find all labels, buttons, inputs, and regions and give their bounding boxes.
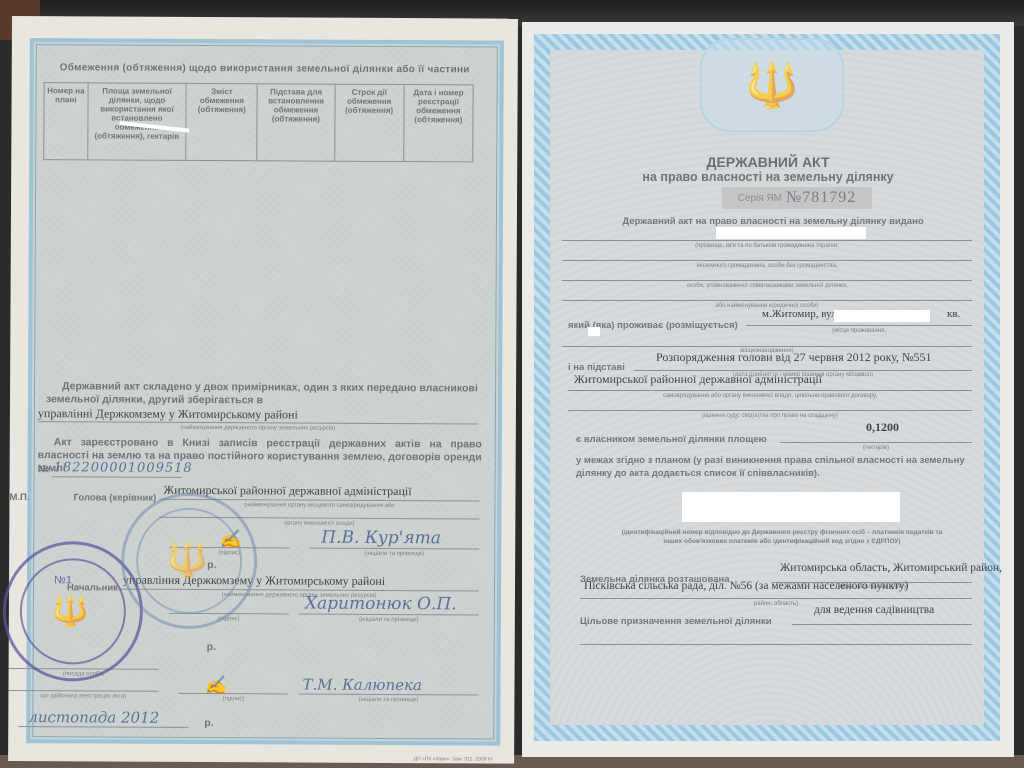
caption: (гектарів): [780, 445, 972, 451]
location-value-1: Житомирська область, Житомирський район,: [780, 562, 1002, 574]
trident-icon: 🔱: [52, 594, 90, 629]
redaction: [716, 227, 866, 239]
address-suffix: кв.: [947, 308, 960, 320]
underline: [568, 390, 972, 391]
right-page: 🔱 ДЕРЖАВНИЙ АКТ на право власності на зе…: [522, 22, 1014, 757]
chief-name: Харитонюк О.П.: [305, 594, 457, 615]
owner-label: є власником земельної ділянки площею: [576, 434, 767, 445]
document-title: ДЕРЖАВНИЙ АКТ: [522, 154, 1014, 170]
basis-value-2: Житомирської районної державної адмініст…: [574, 372, 822, 387]
caption: (підпис): [178, 696, 288, 703]
underline: [792, 624, 972, 625]
underline: [562, 260, 972, 261]
caption: рішення суду, свідоцтва про право на спа…: [568, 413, 972, 419]
head-name: П.В. Кур'ята: [321, 528, 441, 549]
registration-no-label: №: [38, 463, 50, 475]
address-value: м.Житомир, вул.: [762, 308, 839, 320]
column-header: Зміст обмеження (обтяження): [186, 83, 257, 160]
underline: [746, 325, 972, 326]
column-header: Строк дії обмеження (обтяження): [334, 84, 404, 161]
series-label: Серія ЯМ: [738, 193, 782, 204]
redaction: [588, 327, 600, 336]
id-caption: (ідентифікаційний номер відповідно до Де…: [612, 528, 952, 546]
caption: (ініціали та прізвище): [309, 551, 479, 558]
redaction: [834, 310, 930, 322]
stamp-number: №1: [54, 574, 72, 586]
column-header: Дата і номер реєстрації обмеження (обтяж…: [403, 85, 473, 162]
caption: (прізвище, ім'я та по батькові громадяни…: [562, 243, 972, 249]
series-value: №781792: [786, 189, 856, 207]
redacted-tax-id: [682, 492, 900, 522]
document-subtitle: на право власності на земельну ділянку: [522, 170, 1014, 184]
right-page-frame: [534, 34, 1000, 741]
copies-authority: управлінні Держкомзему у Житомирському р…: [38, 406, 298, 422]
underline: [780, 442, 972, 443]
registration-no: 182200001009518: [54, 460, 193, 476]
restrictions-table: Номер на плані Площа земельної ділянки, …: [43, 82, 473, 162]
registration-date: листопада 2012: [28, 708, 159, 727]
purpose-value: для ведення садівництва: [814, 604, 934, 616]
state-emblem: 🔱: [700, 38, 844, 132]
location-value-2: Пісківська сільська рада, діл. №56 (за м…: [584, 580, 908, 592]
mp-label: М.П.: [9, 492, 29, 503]
underline: [634, 370, 972, 371]
left-page: Обмеження (обтяження) щодо використання …: [8, 16, 518, 764]
boundaries-text: у межах згідно з планом (у разі виникнен…: [576, 454, 976, 480]
caption: (ініціали та прізвище): [298, 697, 478, 704]
column-header: Підстава для встановлення обмеження (обт…: [257, 84, 335, 161]
caption: (місце проживання,: [746, 328, 972, 334]
column-header: Площа земельної ділянки, щодо використан…: [87, 83, 186, 161]
underline: [580, 644, 972, 645]
date-suffix: р.: [204, 717, 213, 729]
caption: іноземного громадянина, особи без громад…: [562, 263, 972, 269]
caption: самоврядування або органу виконавчої вла…: [568, 393, 972, 399]
purpose-label: Цільове призначення земельної ділянки: [580, 616, 772, 627]
caption: що здійснила реєстрацію акта): [8, 693, 158, 700]
area-value: 0,1200: [866, 420, 899, 435]
printer-mark: ДП «ПК «Зоря». Зам. 312. 2009 IV: [388, 756, 518, 763]
issued-to-label: Державний акт на право власності на земе…: [562, 216, 984, 227]
underline: [562, 300, 972, 301]
date-suffix: р.: [207, 641, 216, 653]
head-label: Голова (керівник): [73, 492, 156, 503]
underline: [568, 410, 972, 411]
trident-icon: 🔱: [166, 540, 209, 580]
underline: [562, 240, 972, 241]
trident-icon: 🔱: [745, 59, 800, 111]
underline: [562, 280, 972, 281]
basis-value-1: Розпорядження голови від 27 червня 2012 …: [656, 350, 932, 365]
column-header: Номер на плані: [44, 83, 88, 160]
caption: особи, уповноваженої співвласниками земе…: [562, 283, 972, 289]
stamp-district-administration: 🔱: [121, 493, 258, 630]
copies-text: Державний акт складено у двох примірника…: [46, 380, 486, 408]
underline: [562, 346, 972, 347]
caption: (ініціали та прізвище): [299, 617, 479, 624]
series-number: Серія ЯМ №781792: [722, 187, 872, 209]
underline: [580, 598, 972, 599]
registrar-name: Т.М. Калюпека: [302, 676, 422, 695]
